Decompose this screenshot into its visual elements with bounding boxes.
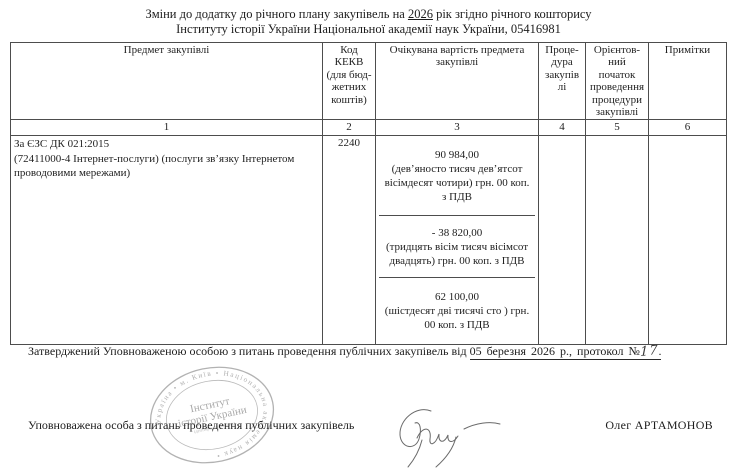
cell-procedure [539, 136, 586, 345]
header-start: Орієнтов- ний початок проведення процеду… [586, 43, 649, 120]
cell-expected-values: 90 984,00 (дев’яносто тисяч дев’ятсот ві… [376, 136, 539, 345]
header-procedure: Проце- дура закупів лі [539, 43, 586, 120]
col-num-5: 5 [586, 120, 649, 136]
header-notes: Примітки [649, 43, 727, 120]
cell-start-date [586, 136, 649, 345]
title-year: 2026 [408, 7, 433, 21]
round-stamp: Україна • м. Київ • Національна академія… [144, 362, 280, 468]
cell-notes [649, 136, 727, 345]
col-num-3: 3 [376, 120, 539, 136]
approval-underlined: 05 березня 2026 р., протокол №17. [470, 344, 662, 360]
header-row: Предмет закупівлі Код КЕКВ (для бюд- жет… [11, 43, 727, 120]
approval-prefix: Затверджений Уповноваженою особою з пита… [28, 344, 470, 358]
document-page: Зміни до додатку до річного плану закупі… [0, 0, 737, 472]
amount-stack: 90 984,00 (дев’яносто тисяч дев’ятсот ві… [379, 137, 535, 343]
header-expected-value: Очікувана вартість предмета закупівлі [376, 43, 539, 120]
handwritten-protocol-number: 17 [640, 344, 659, 360]
header-subject: Предмет закупівлі [11, 43, 323, 120]
amount-original: 90 984,00 (дев’яносто тисяч дев’ятсот ві… [379, 137, 535, 216]
approval-statement: Затверджений Уповноваженою особою з пита… [28, 344, 734, 359]
handwritten-signature [386, 400, 508, 470]
title-line-1: Зміни до додатку до річного плану закупі… [0, 7, 737, 22]
title-line1-suffix: рік згідно річного кошторису [433, 7, 592, 21]
table-row: За ЄЗС ДК 021:2015 (72411000-4 Інтернет-… [11, 136, 727, 345]
title-line1-prefix: Зміни до додатку до річного плану закупі… [145, 7, 407, 21]
document-title: Зміни до додатку до річного плану закупі… [0, 7, 737, 36]
cell-kekv-code: 2240 [323, 136, 376, 345]
amount-new: 62 100,00 (шістдесят дві тисячі сто ) гр… [379, 278, 535, 343]
col-num-4: 4 [539, 120, 586, 136]
title-line-2: Інституту історії України Національної а… [0, 22, 737, 37]
procurement-table: Предмет закупівлі Код КЕКВ (для бюд- жет… [10, 42, 727, 345]
col-num-6: 6 [649, 120, 727, 136]
column-number-row: 1 2 3 4 5 6 [11, 120, 727, 136]
signatory-name: Олег АРТАМОНОВ [605, 418, 713, 433]
header-kekv: Код КЕКВ (для бюд- жетних коштів) [323, 43, 376, 120]
amount-decrease: - 38 820,00 (тридцять вісім тисяч вісімс… [379, 216, 535, 278]
signatory-role: Уповноважена особа з питань проведення п… [28, 418, 354, 433]
col-num-2: 2 [323, 120, 376, 136]
cell-subject: За ЄЗС ДК 021:2015 (72411000-4 Інтернет-… [11, 136, 323, 345]
approval-period: . [658, 344, 661, 358]
col-num-1: 1 [11, 120, 323, 136]
approval-date-protocol: 05 березня 2026 р., протокол № [470, 344, 640, 358]
